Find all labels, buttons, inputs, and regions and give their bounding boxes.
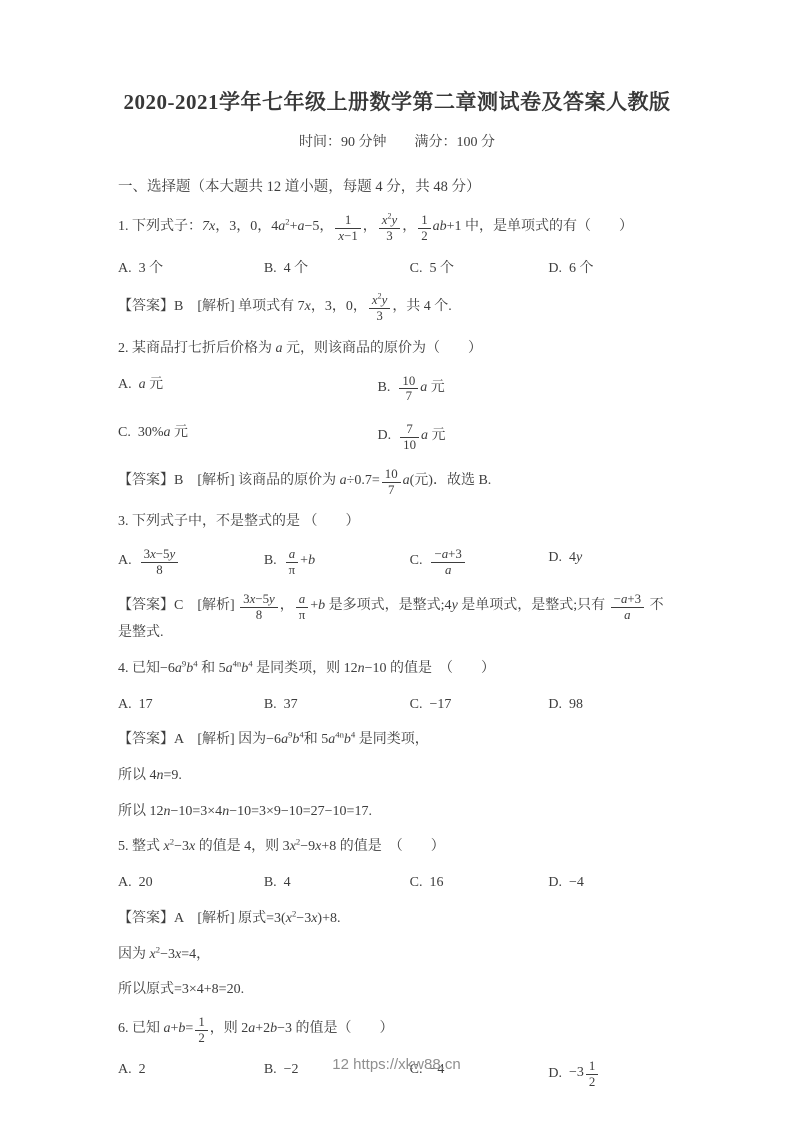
fraction-denominator: 10 xyxy=(400,438,419,453)
text-run: −10 的值是 （ ） xyxy=(365,661,495,676)
option-label: A. xyxy=(118,697,132,712)
answer-line: 所以 4n=9. xyxy=(118,765,676,787)
option-label: D. xyxy=(548,697,562,712)
question-stem: 5. 整式 x2−3x 的值是 4，则 3x2−9x+8 的值是 （ ） xyxy=(118,836,676,858)
fraction: 3x−5y8 xyxy=(240,592,278,623)
answer-line: 所以 12n−10=3×4n−10=3×9−10=27−10=17. xyxy=(118,801,676,823)
text-run: −10=3×4 xyxy=(171,804,223,819)
text-run: −4 xyxy=(569,875,584,890)
fraction-denominator: 3 xyxy=(369,309,390,324)
options-row: A.17B.37C.−17D.98 xyxy=(118,694,676,716)
text-run: ，3，0，4 xyxy=(215,219,278,234)
option-label: B. xyxy=(264,553,277,568)
question-stem: 3. 下列式子中，不是整式的是 （ ） xyxy=(118,511,676,533)
option-label: B. xyxy=(378,380,391,395)
fraction-denominator: 2 xyxy=(195,1031,207,1046)
fraction-numerator: 3x−5y xyxy=(240,592,278,608)
option-c: C.5 个 xyxy=(410,258,545,280)
math-variable: ab xyxy=(433,219,447,234)
option-c: C.30%a 元 xyxy=(118,422,378,453)
question-block-4: 4. 已知−6a9b4 和 5a4nb4 是同类项，则 12n−10 的值是 （… xyxy=(118,658,676,822)
text-run: −5 xyxy=(156,547,170,561)
text-run: 98 xyxy=(569,697,583,712)
answer-line: 因为 x2−3x=4， xyxy=(118,944,676,966)
text-run: 元 xyxy=(428,428,446,443)
text-run: π xyxy=(289,563,296,577)
text-run: 7 xyxy=(406,422,412,436)
text-run: −1 xyxy=(344,229,358,243)
option-c: C.−17 xyxy=(410,694,545,716)
question-block-6: 6. 已知 a+b=12，则 2a+2b−3 的值是（ ）A.2B.−2C.−4… xyxy=(118,1015,676,1090)
text-run: 2. 某商品打七折后价格为 xyxy=(118,341,276,356)
math-variable: a xyxy=(164,425,171,440)
text-run: +3 xyxy=(627,592,641,606)
document-page: 2020-2021学年七年级上册数学第二章测试卷及答案人教版 时间：90 分钟 … xyxy=(118,0,676,1090)
question-stem: 4. 已知−6a9b4 和 5a4nb4 是同类项，则 12n−10 的值是 （… xyxy=(118,658,676,680)
text-run: +1 中，是单项式的有（ ） xyxy=(447,219,633,234)
option-label: D. xyxy=(548,261,562,276)
math-variable: n xyxy=(358,661,365,676)
fraction: 12 xyxy=(418,213,430,244)
fraction-denominator: 2 xyxy=(418,229,430,244)
question-stem: 6. 已知 a+b=12，则 2a+2b−3 的值是（ ） xyxy=(118,1015,676,1046)
fraction-numerator: x2y xyxy=(379,213,400,229)
text-run: 4 xyxy=(569,550,576,565)
math-variable: a xyxy=(403,473,410,488)
options-row: A.3x−5y8B.aπ+bC.−a+3aD.4y xyxy=(118,547,676,578)
text-run: 【答案】C [解析] xyxy=(118,598,238,613)
text-run: − xyxy=(434,547,441,561)
text-run: π xyxy=(299,608,306,622)
question-stem: 2. 某商品打七折后价格为 a 元，则该商品的原价为（ ） xyxy=(118,338,676,360)
option-d: D.710a 元 xyxy=(378,422,676,453)
fraction: 12 xyxy=(195,1015,207,1046)
text-run: ÷0.7= xyxy=(347,473,380,488)
option-b: B.37 xyxy=(264,694,406,716)
text-run: 和 5 xyxy=(304,732,329,747)
text-run: −3 xyxy=(174,839,189,854)
math-variable: y xyxy=(576,550,582,565)
fraction-numerator: −a+3 xyxy=(431,547,464,563)
text-run: 6 个 xyxy=(569,261,594,276)
questions-container: 1. 下列式子：7x，3，0，4a2+a−5，1x−1，x2y3，12ab+1 … xyxy=(118,213,676,1090)
option-c: C.16 xyxy=(410,872,545,894)
text-run: 16 xyxy=(429,875,443,890)
text-run: 5 个 xyxy=(429,261,454,276)
option-label: A. xyxy=(118,377,132,392)
text-run: 6. 已知 xyxy=(118,1021,164,1036)
text-run: −5， xyxy=(304,219,333,234)
fraction: x2y3 xyxy=(379,213,400,244)
text-run: (元)．故选 B. xyxy=(410,473,492,488)
text-run: 5. 整式 xyxy=(118,839,164,854)
text-run: 所以原式=3×4+8=20. xyxy=(118,982,244,997)
option-d: D.−4 xyxy=(548,872,676,894)
question-block-5: 5. 整式 x2−3x 的值是 4，则 3x2−9x+8 的值是 （ ）A.20… xyxy=(118,836,676,1000)
options-row: A.20B.4C.16D.−4 xyxy=(118,872,676,894)
fraction-denominator: 8 xyxy=(141,563,179,578)
text-run: 4 个 xyxy=(284,261,309,276)
answer-line: 所以原式=3×4+8=20. xyxy=(118,979,676,1001)
math-variable: a xyxy=(445,563,451,577)
text-run: 元，则该商品的原价为（ ） xyxy=(283,341,483,356)
text-run: 因为 xyxy=(118,947,150,962)
fraction-numerator: 10 xyxy=(382,467,401,483)
text-run: 3 个 xyxy=(139,261,164,276)
text-run: ，则 2 xyxy=(210,1021,249,1036)
page-title: 2020-2021学年七年级上册数学第二章测试卷及答案人教版 xyxy=(118,88,676,116)
fraction-numerator: 1 xyxy=(335,213,360,229)
text-run: 【答案】A [解析] 因为−6 xyxy=(118,732,281,747)
math-variable: a xyxy=(624,608,630,622)
option-label: B. xyxy=(264,261,277,276)
option-d: D.98 xyxy=(548,694,676,716)
option-label: D. xyxy=(548,550,562,565)
fraction-numerator: 10 xyxy=(399,374,418,390)
text-run: = xyxy=(185,1021,193,1036)
fraction-numerator: 1 xyxy=(195,1015,207,1031)
option-label: A. xyxy=(118,553,132,568)
fraction-numerator: 3x−5y xyxy=(141,547,179,563)
text-run: 的值是 4，则 3 xyxy=(195,839,290,854)
text-run: − xyxy=(614,592,621,606)
math-variable: n xyxy=(157,768,164,783)
text-run: 3 xyxy=(386,229,392,243)
fraction: x2y3 xyxy=(369,293,390,324)
text-run: +8 的值是 （ ） xyxy=(321,839,444,854)
question-block-2: 2. 某商品打七折后价格为 a 元，则该商品的原价为（ ）A.a 元B.107a… xyxy=(118,338,676,497)
text-run: −10=3×9−10=27−10=17. xyxy=(229,804,372,819)
answer-line: 【答案】A [解析] 原式=3(x2−3x)+8. xyxy=(118,908,676,930)
text-run: 是同类项，则 12 xyxy=(253,661,358,676)
text-run: 所以 12 xyxy=(118,804,164,819)
text-run: −5 xyxy=(255,592,269,606)
math-variable: a xyxy=(299,592,305,606)
option-label: C. xyxy=(118,425,131,440)
text-run: −17 xyxy=(429,697,451,712)
option-label: C. xyxy=(410,553,423,568)
option-label: A. xyxy=(118,261,132,276)
text-run: 是同类项， xyxy=(355,732,429,747)
text-run: 8 xyxy=(156,563,162,577)
text-run: −9 xyxy=(300,839,315,854)
fraction-denominator: 3 xyxy=(379,229,400,244)
text-run: =4， xyxy=(181,947,210,962)
text-run: ， xyxy=(402,219,416,234)
text-run: 【答案】A [解析] 原式=3( xyxy=(118,911,286,926)
math-variable: a xyxy=(421,428,428,443)
math-variable: y xyxy=(169,547,175,561)
text-run: 和 5 xyxy=(198,661,226,676)
fraction-numerator: a xyxy=(286,547,299,563)
math-variable: a xyxy=(289,547,295,561)
fraction-denominator: π xyxy=(296,608,309,623)
option-b: B.4 个 xyxy=(264,258,406,280)
fraction: aπ xyxy=(296,592,309,623)
text-run: 7 xyxy=(388,483,394,497)
text-run: 20 xyxy=(139,875,153,890)
text-run: + xyxy=(310,598,318,613)
option-label: A. xyxy=(118,875,132,890)
text-run: 所以 4 xyxy=(118,768,157,783)
fraction-numerator: x2y xyxy=(369,293,390,309)
option-label: D. xyxy=(548,875,562,890)
superscript: 4n xyxy=(233,658,242,668)
text-run: 8 xyxy=(256,608,262,622)
fraction-denominator: x−1 xyxy=(335,229,360,244)
option-a: A.a 元 xyxy=(118,374,378,405)
text-run: ， xyxy=(280,598,294,613)
math-variable: a xyxy=(276,341,283,356)
text-run: 1 xyxy=(345,213,351,227)
text-run: 元 xyxy=(146,377,164,392)
option-a: A.17 xyxy=(118,694,260,716)
text-run: )+8. xyxy=(317,911,340,926)
fraction: −a+3a xyxy=(611,592,644,623)
fraction-denominator: a xyxy=(431,563,464,578)
text-run: 17 xyxy=(139,697,153,712)
math-variable: a xyxy=(281,732,288,747)
text-run: +2 xyxy=(255,1021,270,1036)
text-run: 7 xyxy=(406,389,412,403)
option-label: B. xyxy=(264,875,277,890)
option-d: D.6 个 xyxy=(548,258,676,280)
text-run: 【答案】B [解析] 单项式有 7 xyxy=(118,300,305,315)
answer-line: 【答案】C [解析] 3x−5y8，aπ+b 是多项式，是整式;4y 是单项式，… xyxy=(118,592,676,644)
option-label: C. xyxy=(410,697,423,712)
option-b: B.4 xyxy=(264,872,406,894)
fraction-denominator: 2 xyxy=(586,1075,598,1090)
superscript: 4n xyxy=(335,730,344,740)
section-heading: 一、选择题（本大题共 12 道小题，每题 4 分，共 48 分） xyxy=(118,177,676,199)
text-run: 37 xyxy=(284,697,298,712)
fraction-denominator: 7 xyxy=(382,483,401,498)
text-run: =9. xyxy=(164,768,182,783)
text-run: 1 xyxy=(421,213,427,227)
text-run: 1. 下列式子： xyxy=(118,219,202,234)
text-run: + xyxy=(300,553,308,568)
options-row: A.3 个B.4 个C.5 个D.6 个 xyxy=(118,258,676,280)
math-variable: b xyxy=(344,732,351,747)
fraction: −a+3a xyxy=(431,547,464,578)
option-label: C. xyxy=(410,261,423,276)
fraction: aπ xyxy=(286,547,299,578)
question-stem: 1. 下列式子：7x，3，0，4a2+a−5，1x−1，x2y3，12ab+1 … xyxy=(118,213,676,244)
math-variable: 7x xyxy=(202,219,215,234)
text-run: −3 xyxy=(160,947,175,962)
text-run: 4. 已知−6 xyxy=(118,661,175,676)
math-variable: y xyxy=(392,213,398,227)
fraction-numerator: 1 xyxy=(418,213,430,229)
text-run: 10 xyxy=(402,374,415,388)
fraction: 107 xyxy=(399,374,418,405)
fraction: 1x−1 xyxy=(335,213,360,244)
option-b: B.107a 元 xyxy=(378,374,676,405)
text-run: 4 xyxy=(284,875,291,890)
math-variable: a xyxy=(226,661,233,676)
text-run: 是单项式，是整式;只有 xyxy=(458,598,609,613)
fraction-denominator: 8 xyxy=(240,608,278,623)
answer-line: 【答案】B [解析] 该商品的原价为 a÷0.7=107a(元)．故选 B. xyxy=(118,467,676,498)
math-variable: a xyxy=(164,1021,171,1036)
page-footer: 12 https://xkw88.cn xyxy=(0,1056,793,1073)
text-run: −3 xyxy=(296,911,311,926)
answer-line: 【答案】A [解析] 因为−6a9b4和 5a4nb4 是同类项， xyxy=(118,729,676,751)
text-run: +3 xyxy=(448,547,462,561)
fraction-denominator: a xyxy=(611,608,644,623)
math-variable: a xyxy=(340,473,347,488)
fraction-numerator: −a+3 xyxy=(611,592,644,608)
text-run: ，共 4 个. xyxy=(392,300,452,315)
exam-meta: 时间：90 分钟 满分：100 分 xyxy=(118,132,676,153)
answer-line: 【答案】B [解析] 单项式有 7x，3，0，x2y3，共 4 个. xyxy=(118,293,676,324)
text-run: −3 的值是（ ） xyxy=(277,1021,393,1036)
text-run: 1 xyxy=(198,1015,204,1029)
text-run: 元 xyxy=(427,380,445,395)
fraction-denominator: 7 xyxy=(399,389,418,404)
options-row: A.a 元B.107a 元C.30%a 元D.710a 元 xyxy=(118,374,676,453)
option-b: B.aπ+b xyxy=(264,547,406,578)
option-d: D.4y xyxy=(548,547,676,578)
option-a: A.3 个 xyxy=(118,258,260,280)
option-a: A.20 xyxy=(118,872,260,894)
fraction-denominator: π xyxy=(286,563,299,578)
question-block-1: 1. 下列式子：7x，3，0，4a2+a−5，1x−1，x2y3，12ab+1 … xyxy=(118,213,676,324)
option-label: B. xyxy=(264,697,277,712)
text-run: 2 xyxy=(421,229,427,243)
fraction-numerator: a xyxy=(296,592,309,608)
text-run: ，3，0， xyxy=(311,300,367,315)
math-variable: a xyxy=(139,377,146,392)
math-variable: y xyxy=(382,293,388,307)
text-run: 2 xyxy=(589,1075,595,1089)
fraction-numerator: 7 xyxy=(400,422,419,438)
text-run: 30% xyxy=(138,425,164,440)
text-run: ， xyxy=(363,219,377,234)
fraction: 107 xyxy=(382,467,401,498)
option-a: A.3x−5y8 xyxy=(118,547,260,578)
fraction: 3x−5y8 xyxy=(141,547,179,578)
text-run: 3. 下列式子中，不是整式的是 （ ） xyxy=(118,514,360,529)
math-variable: b xyxy=(308,553,315,568)
option-label: C. xyxy=(410,875,423,890)
question-block-3: 3. 下列式子中，不是整式的是 （ ）A.3x−5y8B.aπ+bC.−a+3a… xyxy=(118,511,676,644)
option-label: D. xyxy=(378,428,392,443)
text-run: 2 xyxy=(198,1031,204,1045)
math-variable: y xyxy=(269,592,275,606)
text-run: 【答案】B [解析] 该商品的原价为 xyxy=(118,473,340,488)
text-run: 10 xyxy=(385,467,398,481)
text-run: 元 xyxy=(171,425,189,440)
text-run: 10 xyxy=(403,438,416,452)
text-run: 是多项式，是整式;4 xyxy=(325,598,451,613)
fraction: 710 xyxy=(400,422,419,453)
math-variable: n xyxy=(164,804,171,819)
math-variable: a xyxy=(175,661,182,676)
option-c: C.−a+3a xyxy=(410,547,545,578)
text-run: 3 xyxy=(376,309,382,323)
